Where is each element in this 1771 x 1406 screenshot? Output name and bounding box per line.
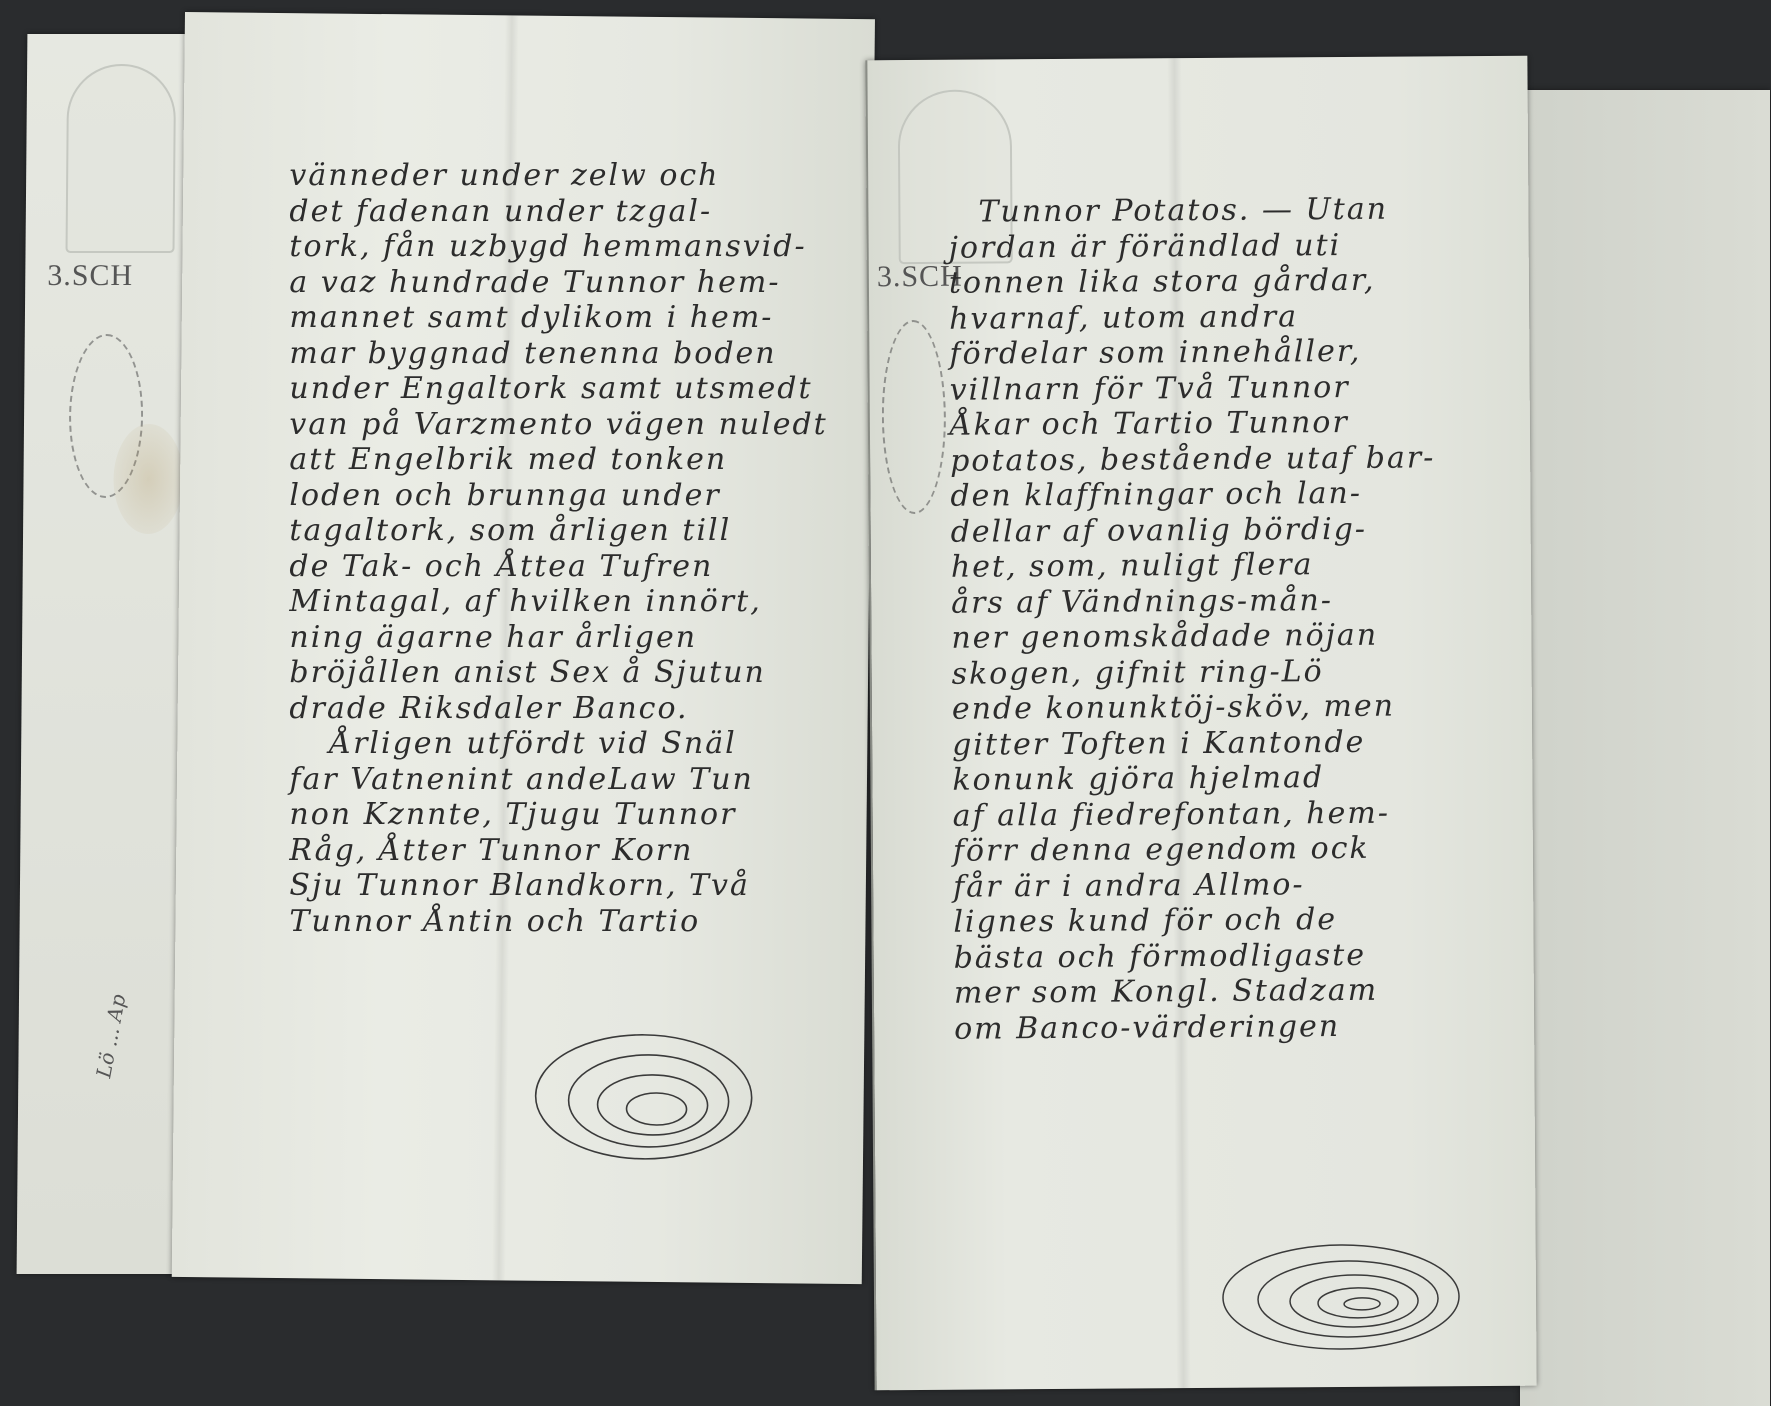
text-line: får är i andra Allmo- [953,866,1438,905]
text-line: Årligen utfördt vid Snäl [289,726,827,762]
embossed-seal [65,64,176,253]
right-page-text: Tunnor Potatos. — Utan jordan är förändl… [948,191,1439,1046]
text-line: under Engaltork samt utsmedt [289,371,827,407]
text-line: Tunnor Åntin och Tartio [289,903,827,939]
text-line: skogen, gifnit ring-Lö [952,653,1437,692]
spiral-flourish-icon [528,1026,759,1168]
text-line: non Kznnte, Tjugu Tunnor [289,797,827,833]
spiral-flourish-icon [1216,1236,1467,1358]
text-line: dellar af ovanlig bördig- [951,511,1436,550]
text-line: års af Vändnings-mån- [951,582,1436,621]
text-line: hvarnaf, utom andra [949,298,1434,337]
text-line: att Engelbrik med tonken [289,442,827,478]
text-line: bästa och förmodligaste [954,937,1439,976]
text-line: ning ägarne har årligen [289,619,827,655]
text-line: far Vatnenint andeLaw Tun [289,761,827,797]
text-line: Mintagal, af hvilken innört, [289,584,827,620]
text-line: jordan är förändlad uti [949,227,1434,266]
ink-stain [113,424,184,534]
text-line: potatos, bestående utaf bar- [950,440,1435,479]
text-line: det fadenan under tzgal- [289,193,827,229]
text-line: het, som, nuligt flera [951,546,1436,585]
stamp-3sch-back: 3.SCH [47,259,133,293]
left-page: vänneder under zelw och det fadenan unde… [172,12,875,1284]
text-line: Åkar och Tartio Tunnor [950,404,1435,443]
text-line: konunk gjöra hjelmad [952,759,1437,798]
underlying-sheet-right [1520,90,1770,1406]
text-line: villnarn för Två Tunnor [950,369,1435,408]
text-line: Sju Tunnor Blandkorn, Två [289,868,827,904]
text-line: a vaz hundrade Tunnor hem- [289,264,827,300]
text-line: tork, fån uzbygd hemmansvid- [289,229,827,265]
text-line: de Tak- och Åttea Tufren [289,548,827,584]
text-line: ner genomskådade nöjan [951,617,1436,656]
text-line: van på Varzmento vägen nuledt [289,406,827,442]
text-line: den klaffningar och lan- [950,475,1435,514]
text-line: fördelar som innehåller, [949,333,1434,372]
text-line: mer som Kongl. Stadzam [954,972,1439,1011]
text-line: tonnen lika stora gårdar, [949,262,1434,301]
text-line: förr denna egendom ock [953,830,1438,869]
text-line: Tunnor Potatos. — Utan [948,191,1433,230]
left-page-text: vänneder under zelw och det fadenan unde… [289,158,827,939]
text-line: gitter Toften i Kantonde [952,724,1437,763]
text-line: drade Riksdaler Banco. [289,690,827,726]
text-line: af alla fiedrefontan, hem- [953,795,1438,834]
text-line: mannet samt dylikom i hem- [289,300,827,336]
text-line: vänneder under zelw och [289,158,827,194]
text-line: bröjållen anist Sex å Sjutun [289,655,827,691]
margin-note: Lö ... Ap [91,992,130,1079]
text-line: Råg, Åtter Tunnor Korn [289,832,827,868]
right-page: 3.SCH Tunnor Potatos. — Utan jordan är f… [865,56,1536,1391]
text-line: mar byggnad tenenna boden [289,335,827,371]
text-line: loden och brunnga under [289,477,827,513]
signature-stamp [881,320,946,514]
text-line: tagaltork, som årligen till [289,513,827,549]
text-line: om Banco-värderingen [954,1008,1439,1047]
text-line: lignes kund för och de [953,901,1438,940]
text-line: ende konunktöj-sköv, men [952,688,1437,727]
